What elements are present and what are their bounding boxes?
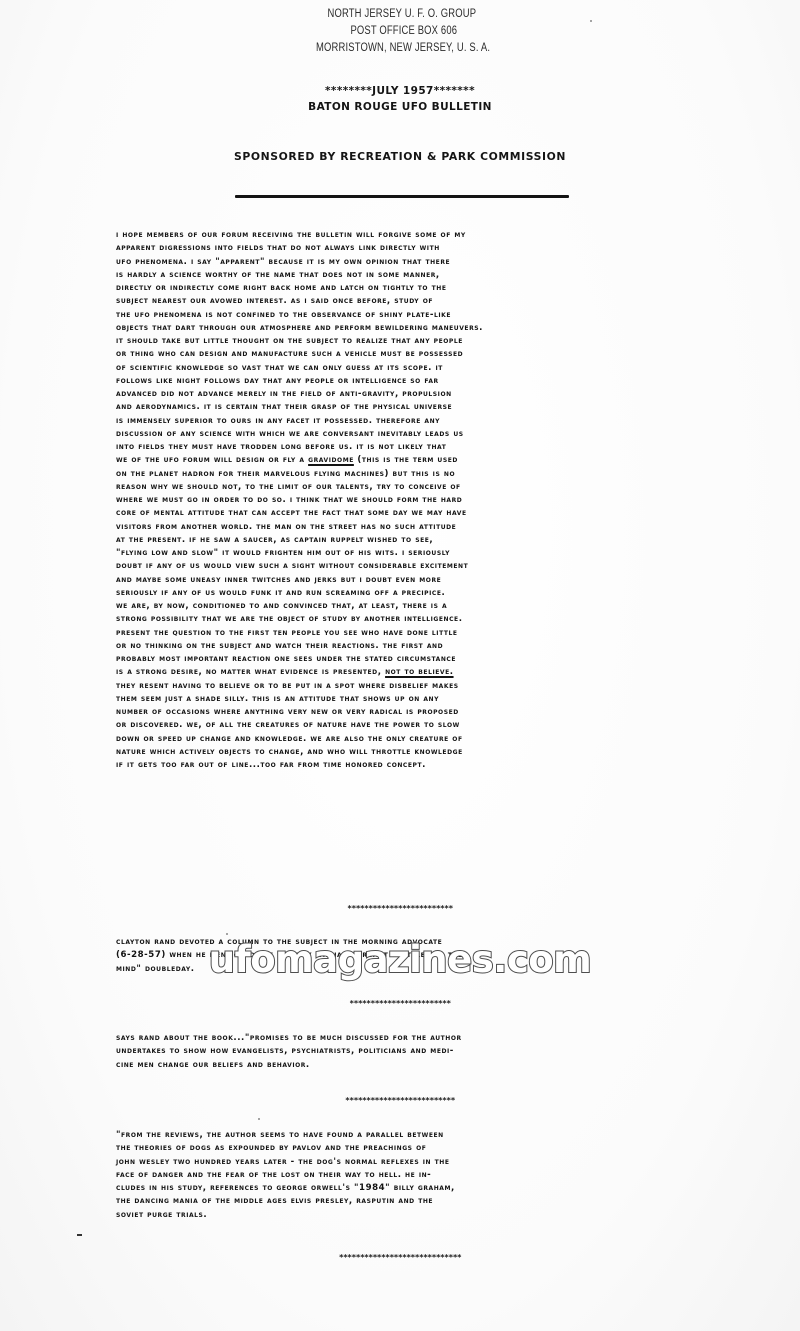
text-line: Says Rand about the book..."promises to … — [116, 1032, 716, 1045]
text-line: is a strong desire, no matter what evide… — [116, 666, 716, 679]
text-line: on the planet Hadron for their marvelous… — [116, 468, 716, 481]
text-line: the dancing mania of the Middle Ages Elv… — [116, 1195, 716, 1208]
text-line: or discovered. We, of all the creatures … — [116, 719, 716, 732]
section-separator: ************************** — [0, 1096, 800, 1105]
underlined-term: gravidome — [308, 455, 354, 465]
margin-mark — [77, 1234, 82, 1236]
text-line: apparent digressions into fields that do… — [116, 242, 716, 255]
text-line: face of danger and the fear of the lost … — [116, 1169, 716, 1182]
text-line: the UFO phenomena is not confined to the… — [116, 309, 716, 322]
text-line: advanced did not advance merely in the f… — [116, 388, 716, 401]
text-line: the theories of dogs as expounded by Pav… — [116, 1142, 716, 1155]
text-line: We are, by now, conditioned to and convi… — [116, 600, 716, 613]
text-line: and aerodynamics. It is certain that the… — [116, 401, 716, 414]
text-line: reason why we should not, to the limit o… — [116, 481, 716, 494]
stamp-org-name: NORTH JERSEY U. F. O. GROUP — [327, 6, 480, 23]
text-line: probably most important reaction one see… — [116, 653, 716, 666]
editorial-paragraph: I hope members of our forum receiving th… — [116, 229, 716, 772]
reviews-paragraph: "From the reviews, the author seems to h… — [116, 1129, 716, 1222]
text-line: where we must go in order to do so. I th… — [116, 494, 716, 507]
paper-speck — [258, 1118, 260, 1120]
text-line: or no thinking on the subject and watch … — [116, 640, 716, 653]
text-line: is immensely superior to ours in any fac… — [116, 415, 716, 428]
text-line: if it gets too far out of line...too far… — [116, 759, 716, 772]
text-line: UFO phenomena. I say "apparent" because … — [116, 256, 716, 269]
text-line: strong possibility that we are the objec… — [116, 613, 716, 626]
stamp-city: MORRISTOWN, NEW JERSEY, U. S. A. — [316, 40, 480, 57]
text-line: visitors from another world. The man on … — [116, 521, 716, 534]
text-line: cludes in his study, references to Georg… — [116, 1182, 716, 1195]
text-line: directly or indirectly come right back h… — [116, 282, 716, 295]
return-address-stamp: NORTH JERSEY U. F. O. GROUP POST OFFICE … — [316, 6, 480, 57]
text-line: nature which actively objects to change,… — [116, 746, 716, 759]
sponsor-line: SPONSORED BY RECREATION & PARK COMMISSIO… — [0, 150, 800, 163]
text-line: doubt if any of us would view such a sig… — [116, 560, 716, 573]
text-line: them seem just a shade silly. This is an… — [116, 693, 716, 706]
text-line: and maybe some uneasy inner twitches and… — [116, 574, 716, 587]
site-watermark: ufomagazines.com — [0, 938, 800, 981]
issue-date: ********JULY 1957******* — [0, 85, 800, 97]
text-line: It should take but little thought on the… — [116, 335, 716, 348]
text-line: undertakes to show how evangelists, psyc… — [116, 1045, 716, 1058]
underlined-emphasis: not to believe. — [385, 667, 453, 677]
text-line: at the present. If he saw a saucer, as C… — [116, 534, 716, 547]
stamp-po-box: POST OFFICE BOX 606 — [350, 23, 480, 40]
text-line: objects that dart through our atmosphere… — [116, 322, 716, 335]
text-line: "flying low and slow" it would frighten … — [116, 547, 716, 560]
text-line: subject nearest our avowed interest. As … — [116, 295, 716, 308]
section-separator: ***************************** — [0, 1253, 800, 1262]
bulletin-title: BATON ROUGE UFO BULLETIN — [0, 101, 800, 113]
section-separator: ************************ — [0, 999, 800, 1008]
text-line: They resent having to believe or to be p… — [116, 680, 716, 693]
text-line: into fields they must have trodden long … — [116, 441, 716, 454]
section-separator: ************************* — [0, 904, 800, 913]
text-line: core of mental attitude that can accept … — [116, 507, 716, 520]
rand-quote-paragraph: Says Rand about the book..."promises to … — [116, 1032, 716, 1072]
paper-speck — [226, 933, 228, 935]
text-line: Soviet purge trials. — [116, 1209, 716, 1222]
paper-speck — [590, 20, 592, 22]
text-line: cine men change our beliefs and behavior… — [116, 1059, 716, 1072]
text-line: is hardly a science worthy of the name t… — [116, 269, 716, 282]
text-line: we of the UFO Forum will design or fly a… — [116, 454, 716, 467]
text-line: discussion of any science with which we … — [116, 428, 716, 441]
text-line: follows like night follows day that any … — [116, 375, 716, 388]
header-divider — [235, 195, 569, 198]
text-line: of scientific knowledge so vast that we … — [116, 362, 716, 375]
text-line: Present the question to the first ten pe… — [116, 627, 716, 640]
text-line: seriously if any of us would funk it and… — [116, 587, 716, 600]
text-line: down or speed up change and knowledge. W… — [116, 733, 716, 746]
document-page: NORTH JERSEY U. F. O. GROUP POST OFFICE … — [0, 0, 800, 1331]
text-line: number of occasions where anything very … — [116, 706, 716, 719]
text-line: John Wesley two hundred years later - th… — [116, 1156, 716, 1169]
text-line: "From the reviews, the author seems to h… — [116, 1129, 716, 1142]
text-line: I hope members of our forum receiving th… — [116, 229, 716, 242]
text-line: or thing who can design and manufacture … — [116, 348, 716, 361]
